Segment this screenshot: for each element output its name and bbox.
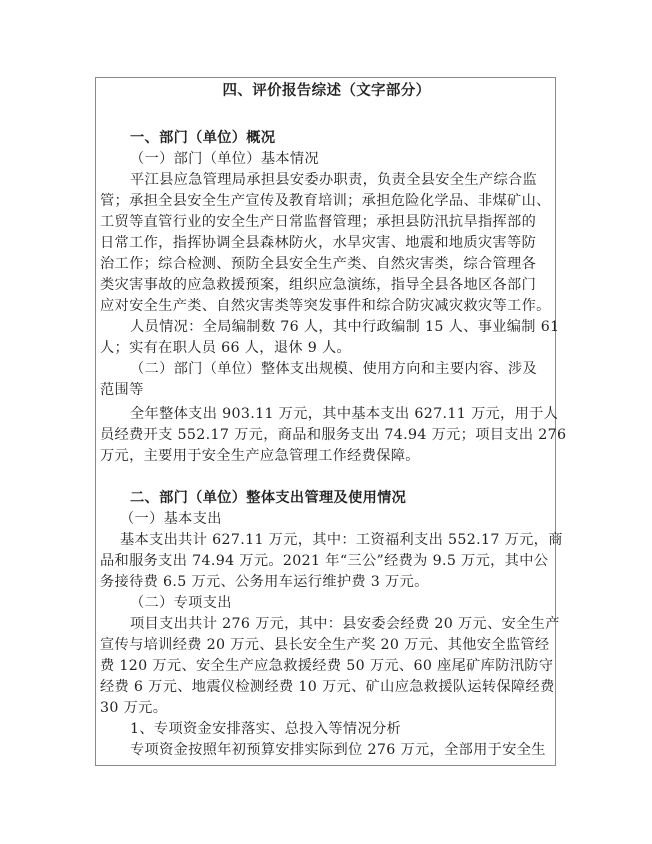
paragraph-line: 万元，主要用于安全生产应急管理工作经费保障。 (96, 446, 561, 467)
paragraph-line: 30 万元。 (96, 698, 561, 719)
paragraph-line: （一）部门（单位）基本情况 (96, 149, 591, 170)
report-summary-table-cell: 四、评价报告综述（文字部分） 一、部门（单位）概况（一）部门（单位）基本情况平江… (95, 77, 556, 766)
paragraph-line: （一）基本支出 (96, 509, 581, 530)
paragraph-line: （二）专项支出 (96, 593, 591, 614)
paragraph-line: 人；实有在职人员 66 人，退休 9 人。 (96, 338, 561, 359)
paragraph-line: 全年整体支出 903.11 万元，其中基本支出 627.11 万元，用于人 (96, 404, 591, 425)
paragraph-line: 1、专项资金安排落实、总投入等情况分析 (96, 719, 591, 740)
paragraph-line: 应对安全生产类、自然灾害类等突发事件和综合防灾减灾救灾等工作。 (96, 296, 561, 317)
paragraph-line: （二）部门（单位）整体支出规模、使用方向和主要内容、涉及 (96, 359, 591, 380)
paragraph-line: 日常工作，指挥协调全县森林防火，水旱灾害、地震和地质灾害等防 (96, 233, 561, 254)
paragraph-line: 人员情况：全局编制数 76 人，其中行政编制 15 人、事业编制 61 (96, 317, 591, 338)
paragraph-line: 员经费开支 552.17 万元，商品和服务支出 74.94 万元；项目支出 27… (96, 425, 561, 446)
paragraph-line: 项目支出共计 276 万元，其中：县安委会经费 20 万元、安全生产 (96, 614, 591, 635)
paragraph-line: 费 120 万元、安全生产应急救援经费 50 万元、60 座尾矿库防汛防守 (96, 656, 561, 677)
paragraph-line: 治工作；综合检测、预防全县安全生产类、自然灾害类，综合管理各 (96, 254, 561, 275)
paragraph-line: 宣传与培训经费 20 万元、县长安全生产奖 20 万元、其他安全监管经 (96, 635, 561, 656)
section-heading: 二、部门（单位）整体支出管理及使用情况 (96, 488, 591, 509)
paragraph-line: 管；承担全县安全生产宣传及教育培训；承担危险化学品、非煤矿山、 (96, 191, 561, 212)
paragraph-line: 品和服务支出 74.94 万元。2021 年“三公”经费为 9.5 万元，其中公 (96, 551, 561, 572)
section-heading: 一、部门（单位）概况 (96, 128, 591, 149)
paragraph-line: 基本支出共计 627.11 万元，其中：工资福利支出 552.17 万元，商 (96, 530, 581, 551)
paragraph-line: 务接待费 6.5 万元、公务用车运行维护费 3 万元。 (96, 572, 561, 593)
paragraph-line: 平江县应急管理局承担县安委办职责，负责全县安全生产综合监 (96, 170, 591, 191)
paragraph-line: 类灾害事故的应急救援预案，组织应急演练，指导全县各地区各部门 (96, 275, 561, 296)
paragraph-line: 经费 6 万元、地震仪检测经费 10 万元、矿山应急救援队运转保障经费 (96, 677, 561, 698)
paragraph-line: 范围等 (96, 380, 561, 401)
paragraph-line: 专项资金按照年初预算安排实际到位 276 万元，全部用于安全生 (96, 740, 591, 761)
paragraph-line: 工贸等直管行业的安全生产日常监督管理；承担县防汛抗旱指挥部的 (96, 212, 561, 233)
report-title: 四、评价报告综述（文字部分） (96, 80, 557, 101)
